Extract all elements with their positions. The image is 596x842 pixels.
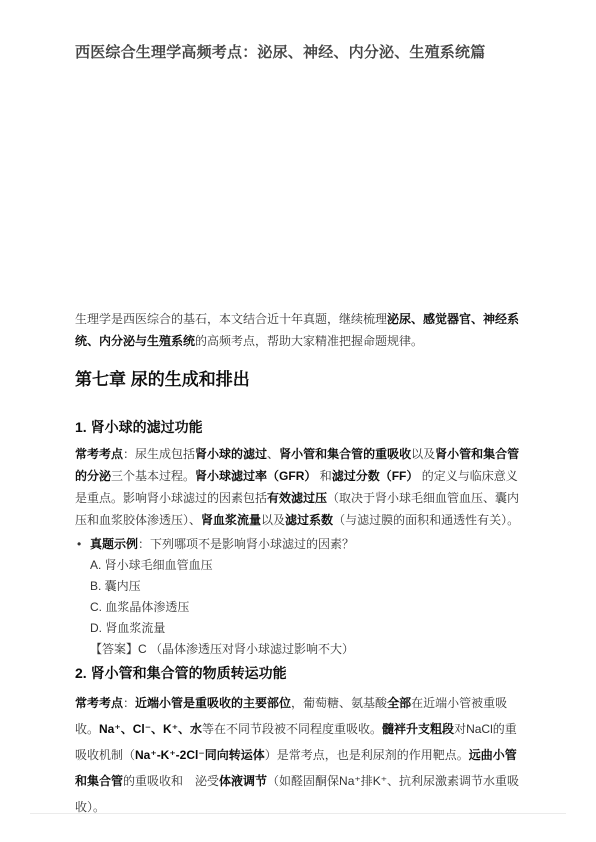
- quiz-option-c: C. 血浆晶体渗透压: [75, 597, 521, 618]
- quiz-block: • 真题示例：下列哪项不是影响肾小球滤过的因素？ A. 肾小球毛细血管血压 B.…: [75, 534, 521, 660]
- section-1-heading: 1. 肾小球的滤过功能: [75, 418, 521, 436]
- quiz-option-b: B. 囊内压: [75, 576, 521, 597]
- intro-paragraph: 生理学是西医综合的基石，本文结合近十年真题，继续梳理泌尿、感觉器官、神经系统、内…: [75, 308, 521, 352]
- quiz-question: 真题示例：下列哪项不是影响肾小球滤过的因素？: [90, 537, 354, 551]
- quiz-option-a: A. 肾小球毛细血管血压: [75, 555, 521, 576]
- section-1-key-points: 常考考点：尿生成包括肾小球的滤过、肾小管和集合管的重吸收以及肾小管和集合管的分泌…: [75, 443, 521, 531]
- chapter-heading: 第七章 尿的生成和排出: [75, 369, 521, 391]
- document-body: 西医综合生理学高频考点：泌尿、神经、内分泌、生殖系统篇 生理学是西医综合的基石，…: [0, 44, 596, 820]
- page-bottom-divider: [30, 813, 566, 814]
- bullet-icon: •: [77, 534, 81, 555]
- quiz-answer-line: 【答案】C （晶体渗透压对肾小球滤过影响不大）: [75, 639, 521, 660]
- section-2-key-points: 常考考点：近端小管是重吸收的主要部位，葡萄糖、氨基酸全部在近端小管被重吸收。Na…: [75, 690, 521, 820]
- page-root: { "doc": { "title": "西医综合生理学高频考点：泌尿、神经、内…: [0, 0, 596, 842]
- quiz-option-d: D. 肾血浆流量: [75, 618, 521, 639]
- quiz-question-line: • 真题示例：下列哪项不是影响肾小球滤过的因素？: [75, 534, 521, 555]
- section-2-heading: 2. 肾小管和集合管的物质转运功能: [75, 664, 521, 682]
- document-title: 西医综合生理学高频考点：泌尿、神经、内分泌、生殖系统篇: [75, 44, 521, 62]
